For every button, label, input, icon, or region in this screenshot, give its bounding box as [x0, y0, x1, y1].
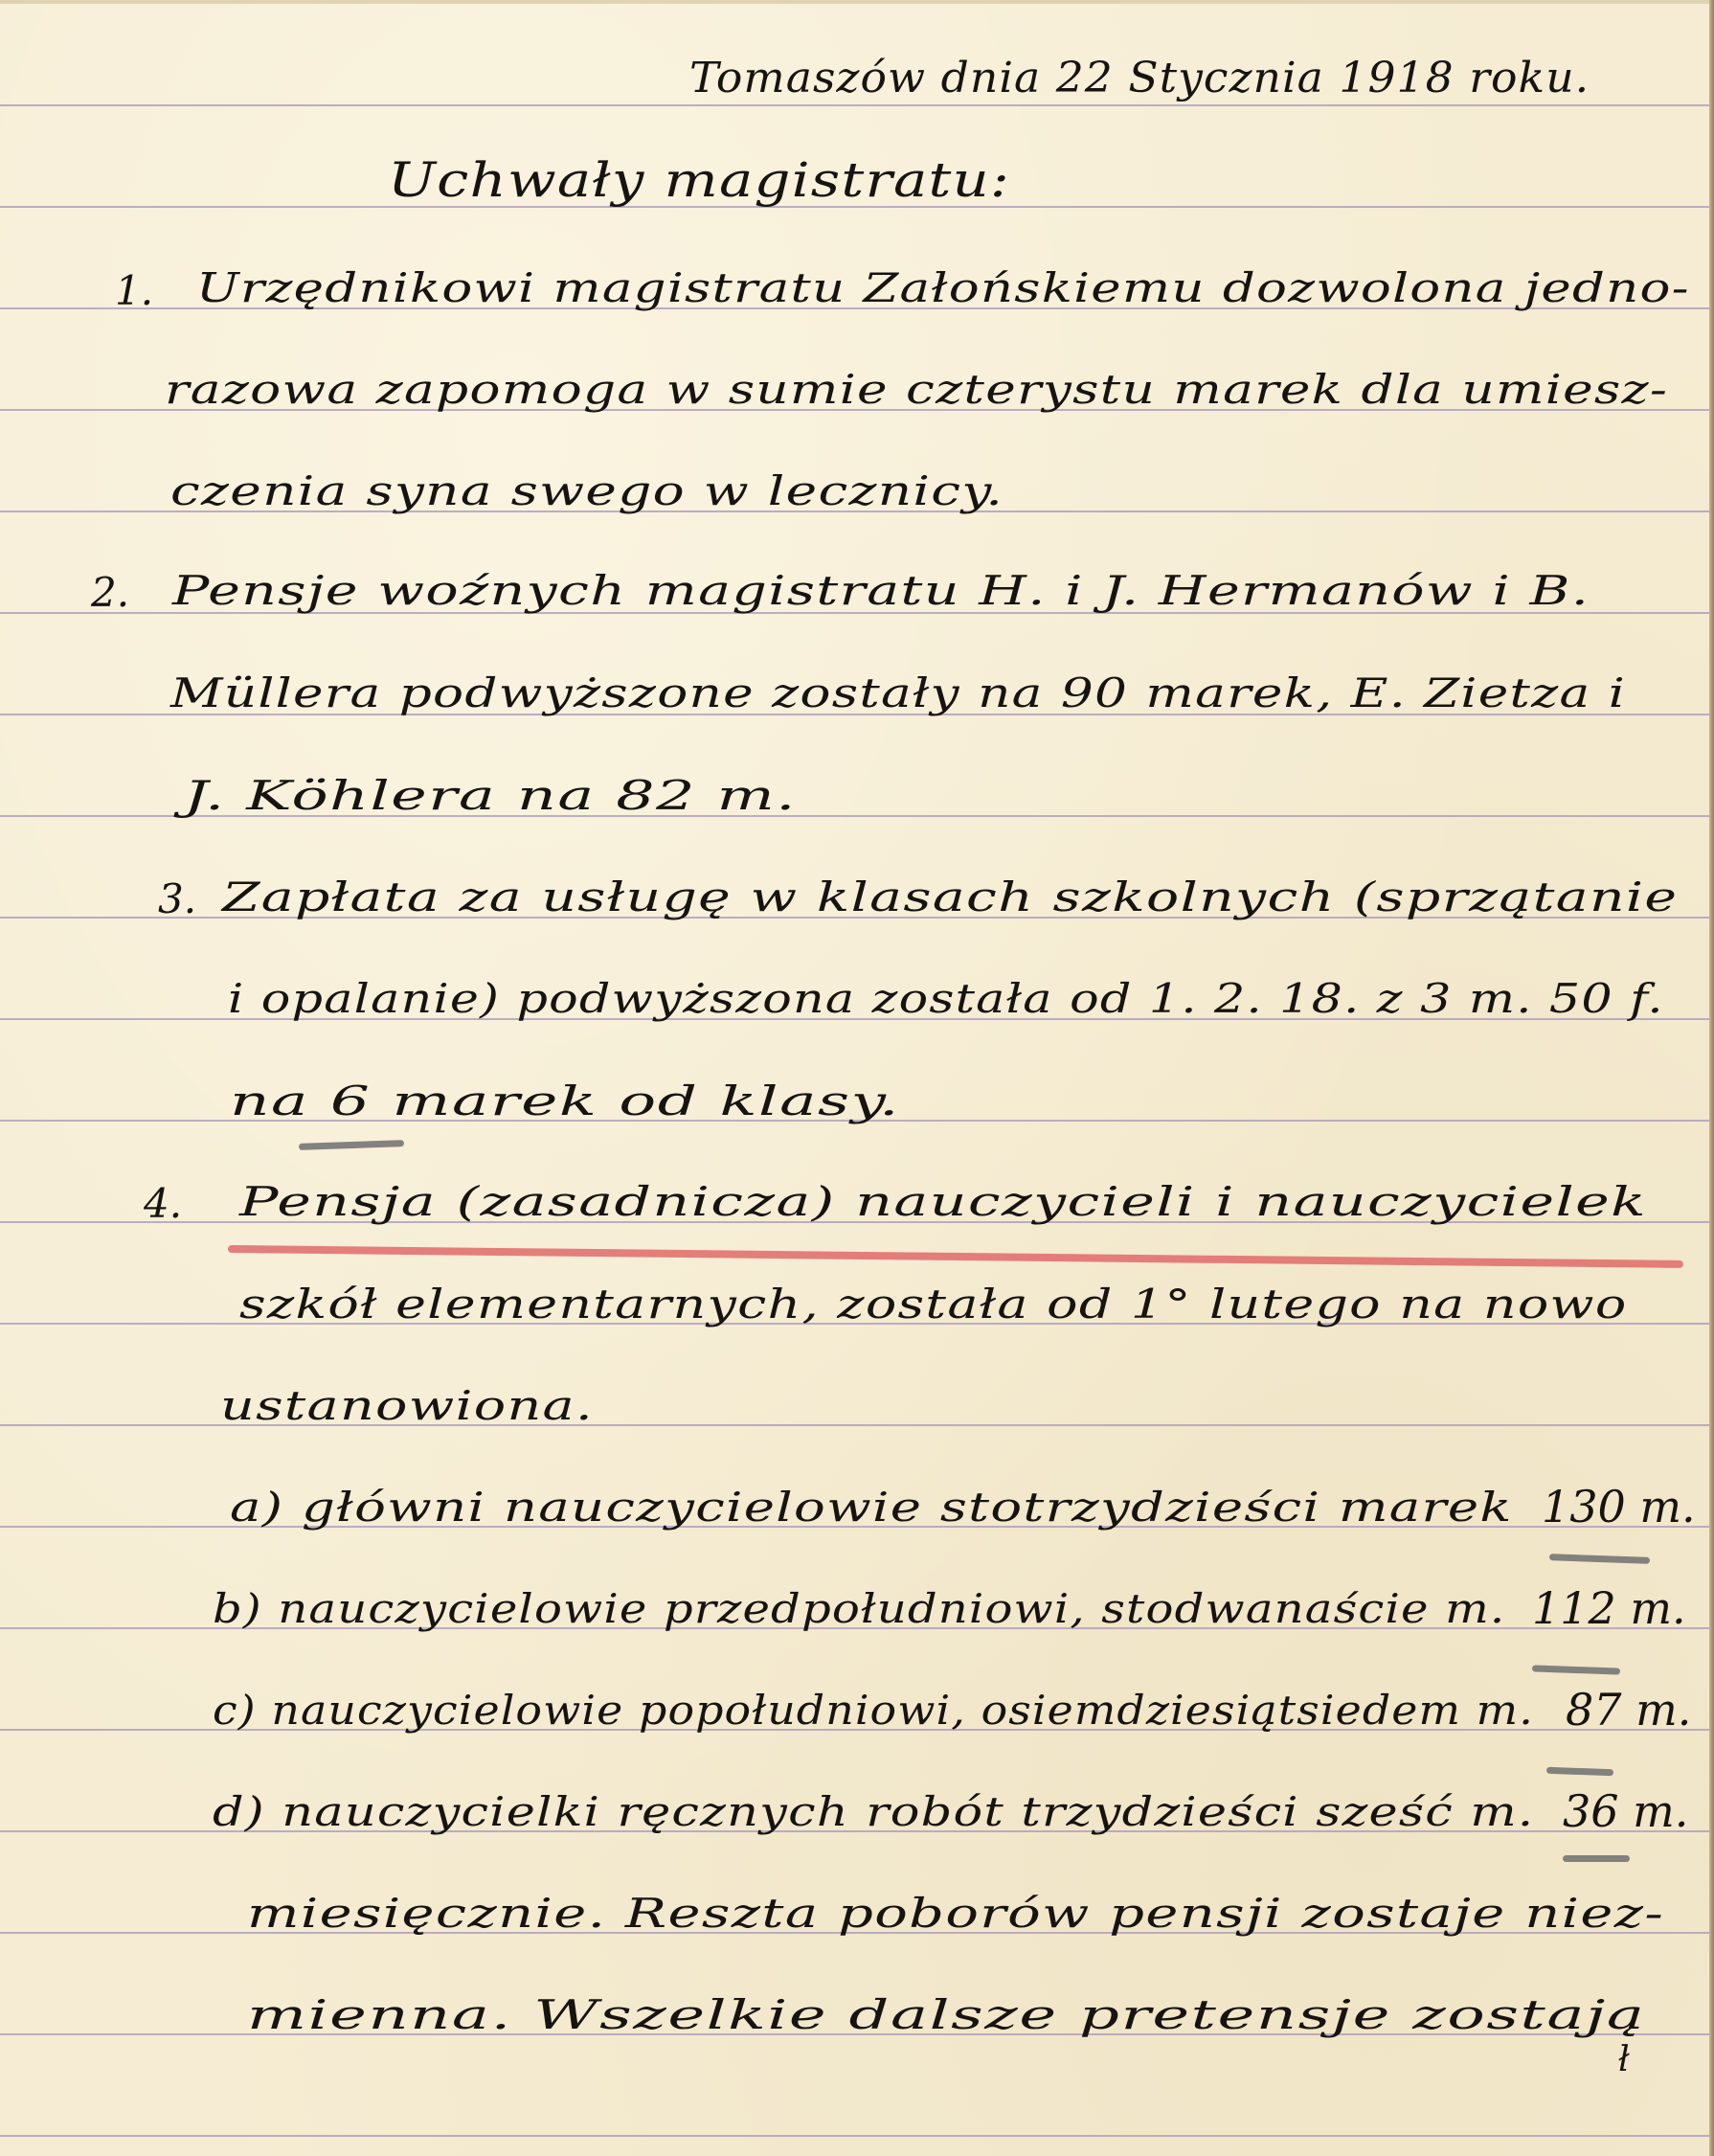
page-turn-mark: ł	[1618, 2040, 1630, 2079]
subitem-text: nauczycielki ręcznych robót trzydzieści …	[282, 1788, 1534, 1835]
item-2-line-2: Müllera podwyższone zostały na 90 marek,…	[170, 673, 1626, 714]
subitem-d: d) nauczycielki ręcznych robót trzydzieś…	[213, 1792, 1534, 1832]
item-2-line-1: Pensje woźnych magistratu H. i J. Herman…	[172, 571, 1590, 611]
subitem-label: c)	[213, 1687, 257, 1734]
item-4-line-2: szkół elementarnych, została od 1° luteg…	[239, 1284, 1628, 1325]
item-4-line-3: ustanowiona.	[220, 1386, 594, 1426]
item-3-line-2: i opalanie) podwyższona została od 1. 2.…	[228, 979, 1664, 1019]
ruled-line	[0, 2135, 1709, 2137]
item-3-line-3: na 6 marek od klasy.	[230, 1081, 900, 1122]
subitem-text: nauczycielowie przedpołudniowi, stodwana…	[278, 1585, 1505, 1632]
subitem-label: a)	[230, 1484, 283, 1531]
page-right-edge	[1709, 0, 1714, 2156]
item-4-line-1: Pensja (zasadnicza) nauczycieli i nauczy…	[239, 1182, 1647, 1222]
item-number: 2.	[91, 573, 129, 613]
subitem-label: b)	[213, 1585, 262, 1632]
subitem-text: nauczycielowie popołudniowi, osiemdziesi…	[271, 1687, 1533, 1734]
ruled-line	[0, 104, 1709, 106]
item-1-line-3: czenia syna swego w lecznicy.	[170, 471, 1004, 511]
item-4-continuation-2: mienna. Wszelkie dalsze pretensje zostaj…	[247, 1995, 1645, 2035]
subitem-amount: 112 m.	[1532, 1586, 1686, 1630]
item-number: 4.	[144, 1184, 182, 1224]
page-top-edge	[0, 0, 1709, 4]
subitem-text: główni nauczycielowie stotrzydzieści mar…	[302, 1484, 1513, 1531]
subitem-label: d)	[213, 1788, 265, 1835]
subitem-amount: 36 m.	[1563, 1789, 1688, 1833]
date-line: Tomaszów dnia 22 Stycznia 1918 roku.	[689, 57, 1590, 100]
item-1-line-1: Urzędnikowi magistratu Załońskiemu dozwo…	[196, 268, 1690, 308]
subitem-a: a) główni nauczycielowie stotrzydzieści …	[230, 1487, 1513, 1528]
item-number: 1.	[115, 271, 153, 311]
subitem-amount: 87 m.	[1566, 1688, 1691, 1732]
item-number: 3.	[158, 879, 196, 919]
item-1-line-2: razowa zapomoga w sumie czterystu marek …	[165, 370, 1668, 410]
item-3-line-1: Zapłata za usługę w klasach szkolnych (s…	[222, 877, 1678, 918]
subitem-c: c) nauczycielowie popołudniowi, osiemdzi…	[213, 1691, 1534, 1731]
pencil-underline	[1563, 1855, 1630, 1862]
subitem-amount: 130 m.	[1542, 1485, 1696, 1529]
item-2-line-3: J. Köhlera na 82 m.	[184, 776, 797, 816]
subitem-b: b) nauczycielowie przedpołudniowi, stodw…	[213, 1589, 1505, 1629]
page-heading: Uchwały magistratu:	[388, 156, 1010, 204]
item-4-continuation-1: miesięcznie. Reszta poborów pensji zosta…	[247, 1894, 1664, 1934]
